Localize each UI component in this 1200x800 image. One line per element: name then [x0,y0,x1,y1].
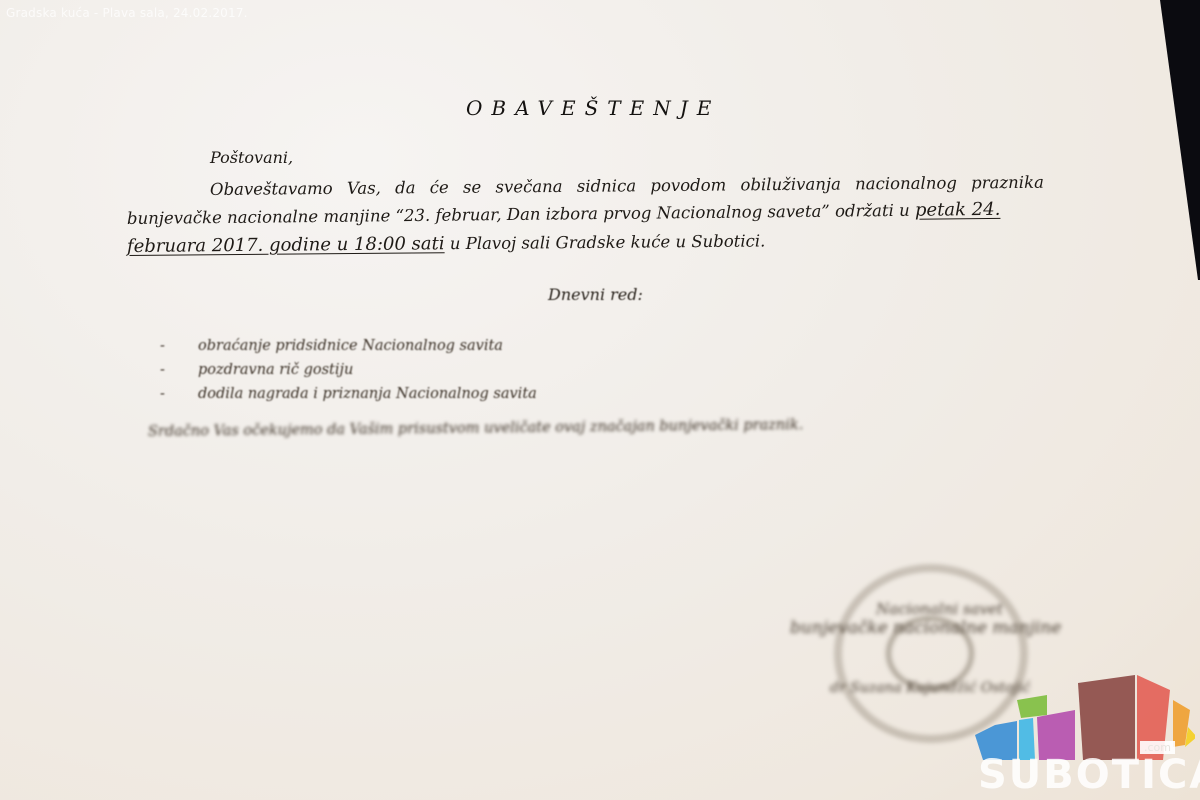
paragraph-text: bunjevačke nacionalne manjine “23. febru… [127,201,915,228]
event-location: u Plavoj sali Gradske kuće u Subotici. [444,231,765,253]
agenda-title: Dnevni red: [548,285,643,304]
document-title: OBAVEŠTENJE [466,96,720,120]
paragraph-line-1: Obaveštavamo Vas, da će se svečana sidni… [210,173,1044,199]
signature-line: bunjevačke nacionalne manjine [790,618,1061,638]
stamp-text: Nacionalni savet [876,600,1003,618]
agenda-item-text: dodila nagrada i priznanja Nacionalnog s… [198,386,537,402]
closing-sentence: Srdačno Vas očekujemo da Vašim prisustvo… [148,417,803,440]
bullet-dash: - [160,386,165,402]
paragraph-line-3: februara 2017. godine u 18:00 sati u Pla… [127,230,766,257]
agenda-item-text: pozdravna rič gostiju [198,362,353,378]
paragraph-line-2: bunjevačke nacionalne manjine “23. febru… [127,199,1001,229]
bullet-dash: - [160,362,165,378]
agenda-item-text: obraćanje pridsidnice Nacionalnog savita [198,338,503,354]
logo-wordmark: SUBOTICA [978,752,1200,798]
greeting: Poštovani, [210,148,293,167]
event-time-underlined: februara 2017. godine u 18:00 sati [127,233,445,257]
event-date-underlined: petak 24. [915,199,1001,221]
bullet-dash: - [160,338,165,354]
